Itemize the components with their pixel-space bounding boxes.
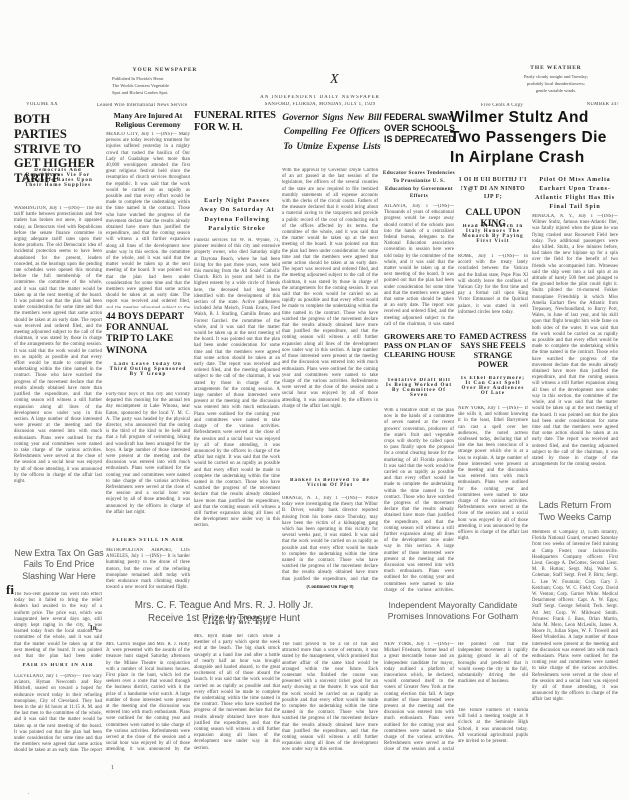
article-text: The two-cent gasoline tax went into effe… (14, 592, 102, 634)
folio-wire-service: Leased Wire International News Service (97, 103, 187, 109)
article-treasure-body-2: The hunt proved to be a lot of fun and a… (282, 642, 378, 754)
article-text: ORANGE, N. J., July 1 —(INS)— Police tod… (282, 496, 378, 538)
article-text: With a tentative draft of the plan now i… (384, 408, 454, 463)
degraded-text: the committee of the whole, and it was s… (14, 711, 102, 754)
deck-growers: Tentative Draft Bill Is Being Worked Out… (384, 378, 454, 398)
article-text: Mrs. Calvin Teague and Mrs. R. J. Holly … (106, 642, 190, 697)
article-text: NEW YORK, July 1 —(INS)— Michael Friedsa… (384, 642, 454, 697)
deck-federal-schools: Educator Scores Tendencies To Prussianiz… (382, 170, 456, 201)
article-fliers-body: METROPOLITAN AIRPORT, LOS ANGELES, July … (106, 548, 190, 594)
article-religious-body: MEXICO CITY, July 1 —(INS)— Many persons… (106, 132, 190, 308)
degraded-text: the committee of the whole, and it was s… (194, 319, 280, 392)
article-text: ATLANTA, July 1 —(INS)— Thousands of yea… (384, 204, 454, 259)
article-funeral-body: Funeral services for W. H. Wynne, 71, pi… (194, 238, 280, 610)
headline-growers: GROWERS ARE TO PASS ON PLAN OF CLEARING … (384, 332, 456, 360)
article-federal-body: ATLANTA, July 1 —(INS)— Thousands of yea… (384, 204, 454, 328)
masthead-mark: X (330, 72, 350, 88)
degraded-text: A large number of those interested were … (14, 417, 102, 484)
weather-line: probably local thundershowers; (492, 81, 620, 88)
article-governor-body: With the approval by Governor Doyle Carl… (282, 168, 378, 474)
headline-fliers: FLIERS STILL IN AIR (106, 538, 190, 543)
degraded-text: It was said that the work would be carri… (384, 464, 454, 550)
ear-left-line: Spot and Richest Garden Spot. (112, 90, 218, 97)
ear-right-weather-box: THE WEATHER Partly cloudy tonight and Tu… (492, 64, 620, 95)
headline-governor: Governor Signs New Bill Compelling Fee O… (280, 110, 384, 153)
degraded-text: It was said that the work would be carri… (282, 286, 378, 353)
degraded-text: A large number of those interested were … (106, 692, 190, 754)
degraded-text: the committee of the whole, and it was s… (384, 254, 454, 328)
article-shark-body: Mrs. Byrd made her catch while a member … (194, 634, 280, 754)
article-text: METROPOLITAN AIRPORT, LOS ANGELES, July … (106, 548, 190, 590)
article-farmers-notice: The Future Farmers of Florida will hold … (458, 708, 528, 754)
article-growers-body: With a tentative draft of the plan now i… (384, 408, 454, 594)
degraded-text: the committee of the whole, and it was s… (14, 280, 102, 347)
continued-line: (Continued On Page 8) (282, 585, 378, 590)
headline-funeral: FUNERAL RITES FOR W. H. (194, 110, 282, 135)
deck-stultz: Pilot Of Miss Amelia Earhart Upon Trans-… (532, 176, 618, 212)
degraded-text: It was said that the work would be carri… (106, 182, 190, 255)
deck-actress: Is Ethel Barrymore; It Can Cast Spell Ov… (458, 376, 528, 396)
degraded-text: A large number of those interested were … (458, 456, 528, 542)
article-text: Mrs. Byrd made her catch while a member … (194, 634, 280, 682)
article-stultz-body: MINEOLA, N. Y., July 1 —(INS)— Wilmer St… (532, 214, 618, 496)
article-text: CLEVELAND, July 1 —(INS)— Two wary aviat… (14, 674, 102, 716)
ear-left: YOUR NEWSPAPER Published In Florida's He… (112, 66, 218, 97)
page-number: 1 (111, 765, 114, 771)
degraded-text: A large number of those interested were … (384, 692, 454, 754)
deck-funeral: Early Night Passes Away On Saturday At D… (194, 196, 280, 233)
article-treasure-body-1: Mrs. Calvin Teague and Mrs. R. J. Holly … (106, 642, 190, 754)
article-text: Funeral services for W. H. Wynne, 71, pi… (194, 238, 280, 324)
degraded-text: A large number of those interested were … (282, 348, 378, 409)
ear-left-line: The Worlds Greatest Vegetable (112, 83, 218, 90)
article-text: MEXICO CITY, July 1 —(INS)— Many persons… (106, 132, 190, 187)
newspaper-page: YOUR NEWSPAPER Published In Florida's He… (0, 0, 630, 800)
headline-camp-return: Lads Return From Two Weeks Camp (532, 500, 618, 523)
article-banker-body: ORANGE, N. J., July 1 —(INS)— Police tod… (282, 496, 378, 582)
article-boys-body: Forty-four boys of this city and vicinit… (106, 392, 190, 534)
headline-treasure-hunt: Mrs. C. F. Teague And Mrs. R. J. Holly J… (118, 600, 330, 625)
degraded-text: It was said that the work would be carri… (14, 349, 102, 422)
article-text: He pointed out that the independent move… (458, 642, 528, 684)
ear-left-line: Published In Florida's Heart (112, 76, 218, 83)
article-text: NEW YORK, July 1 —(INS)— If she wills it… (458, 406, 528, 461)
article-text: MINEOLA, N. Y., July 1 —(INS)— Wilmer St… (532, 214, 618, 331)
article-text: The hunt proved to be a lot of fun and a… (282, 642, 378, 690)
headline-pair-air: PAIR IS HURT IN AIR (14, 663, 102, 668)
headline-stultz-crash: Wilmer Stultz And Two Passengers Die In … (450, 108, 618, 168)
masthead-motto: AN INDEPENDENT DAILY NEWSPAPER (235, 95, 405, 100)
headline-gas-war: New Extra Tax On Gas Fails To End Price … (14, 548, 104, 582)
degraded-text: It was said that the work would be carri… (532, 326, 618, 399)
article-text: Members of Company D, 154th Infantry, Fl… (532, 530, 618, 640)
article-actress-body: NEW YORK, July 1 —(INS)— If she wills it… (458, 406, 528, 556)
article-mayoralty-body-1: NEW YORK, July 1 —(INS)— Michael Friedsa… (384, 642, 454, 754)
folio-number: NUMBER 347 (557, 102, 619, 108)
article-text: Forty-four boys of this city and vicinit… (106, 392, 190, 453)
headline-mayoralty: Independent Mayoralty Candidate Promises… (386, 600, 520, 622)
scan-artifact-mark: fi (6, 582, 14, 598)
scan-artifact-mark: . (28, 790, 30, 796)
headline-banker: Banker Is Believed To Be Victim Of Plot (282, 478, 378, 488)
article-camp-body: Members of Company D, 154th Infantry, Fl… (532, 530, 618, 754)
article-pair-body: CLEVELAND, July 1 —(INS)— Two wary aviat… (14, 674, 102, 754)
degraded-text: It was said that the work would be carri… (282, 533, 378, 582)
scan-artifact-mark: In (90, 624, 97, 632)
article-text: WASHINGTON, July 1 —(INS)— The old tarif… (14, 206, 102, 285)
degraded-text: It was said that the work would be carri… (194, 677, 280, 750)
weather-line: gentle variable winds. (492, 88, 620, 95)
ear-left-title: YOUR NEWSPAPER (112, 66, 218, 74)
headline-44-boys: 44 BOYS DEPART FOR ANNUAL TRIP TO LAKE W… (106, 312, 192, 357)
deck-pope: Head Of Church In Italy Honors The Monar… (458, 224, 528, 244)
degraded-text: the committee of the whole, and it was s… (282, 224, 378, 291)
weather-line: Partly cloudy tonight and Tuesday; (492, 74, 620, 81)
article-text: The Future Farmers of Florida will hold … (458, 708, 528, 744)
folio-volume: VOLUME XX (26, 102, 58, 108)
headline-federal-schools: FEDERAL SWAY OVER SCHOOLS IS DEPRECATED (384, 112, 456, 145)
article-mayoralty-body-2: He pointed out that the independent move… (458, 642, 528, 704)
article-text: ROME, July 1 —(INS)— In accord with the … (458, 254, 528, 315)
degraded-text: the committee of the whole, and it was s… (532, 394, 618, 467)
degraded-text: the committee of the whole, and it was s… (106, 250, 190, 308)
degraded-text: A large number of those interested were … (106, 448, 190, 515)
degraded-text: A large number of those interested were … (384, 544, 454, 594)
weather-title: THE WEATHER (492, 64, 620, 72)
article-text: With the approval by Governor Doyle Carl… (282, 168, 378, 229)
degraded-text: It was said that the work would be carri… (282, 685, 378, 752)
article-pope-body: ROME, July 1 —(INS)— In accord with the … (458, 254, 528, 328)
deck-tariff: Democrats And Republicans Vie For Favora… (14, 168, 102, 188)
degraded-text: A large number of those interested were … (194, 387, 280, 460)
folio-dateline: SANFORD, FLORIDA, MONDAY, JULY 1, 1929 (225, 102, 415, 108)
article-tariff-body: WASHINGTON, July 1 —(INS)— The old tarif… (14, 206, 102, 542)
degraded-text: A large number of those interested were … (532, 635, 618, 702)
deck-44-boys: Lads Leave Today On Third Outing Sponsor… (106, 362, 190, 377)
headline-religious: Many Are Injured At Religious Ceremony (106, 112, 190, 130)
headline-actress: FAMED ACTRESS SAYS SHE FEELS STRANGE POW… (458, 332, 528, 370)
degraded-text: It was said that the work would be carri… (194, 455, 280, 528)
headline-pope-garbled: I OI H UII BUITHJ I'I !Y@T DI AN NIN8TO … (458, 176, 528, 202)
article-gas-body: The two-cent gasoline tax went into effe… (14, 592, 102, 658)
